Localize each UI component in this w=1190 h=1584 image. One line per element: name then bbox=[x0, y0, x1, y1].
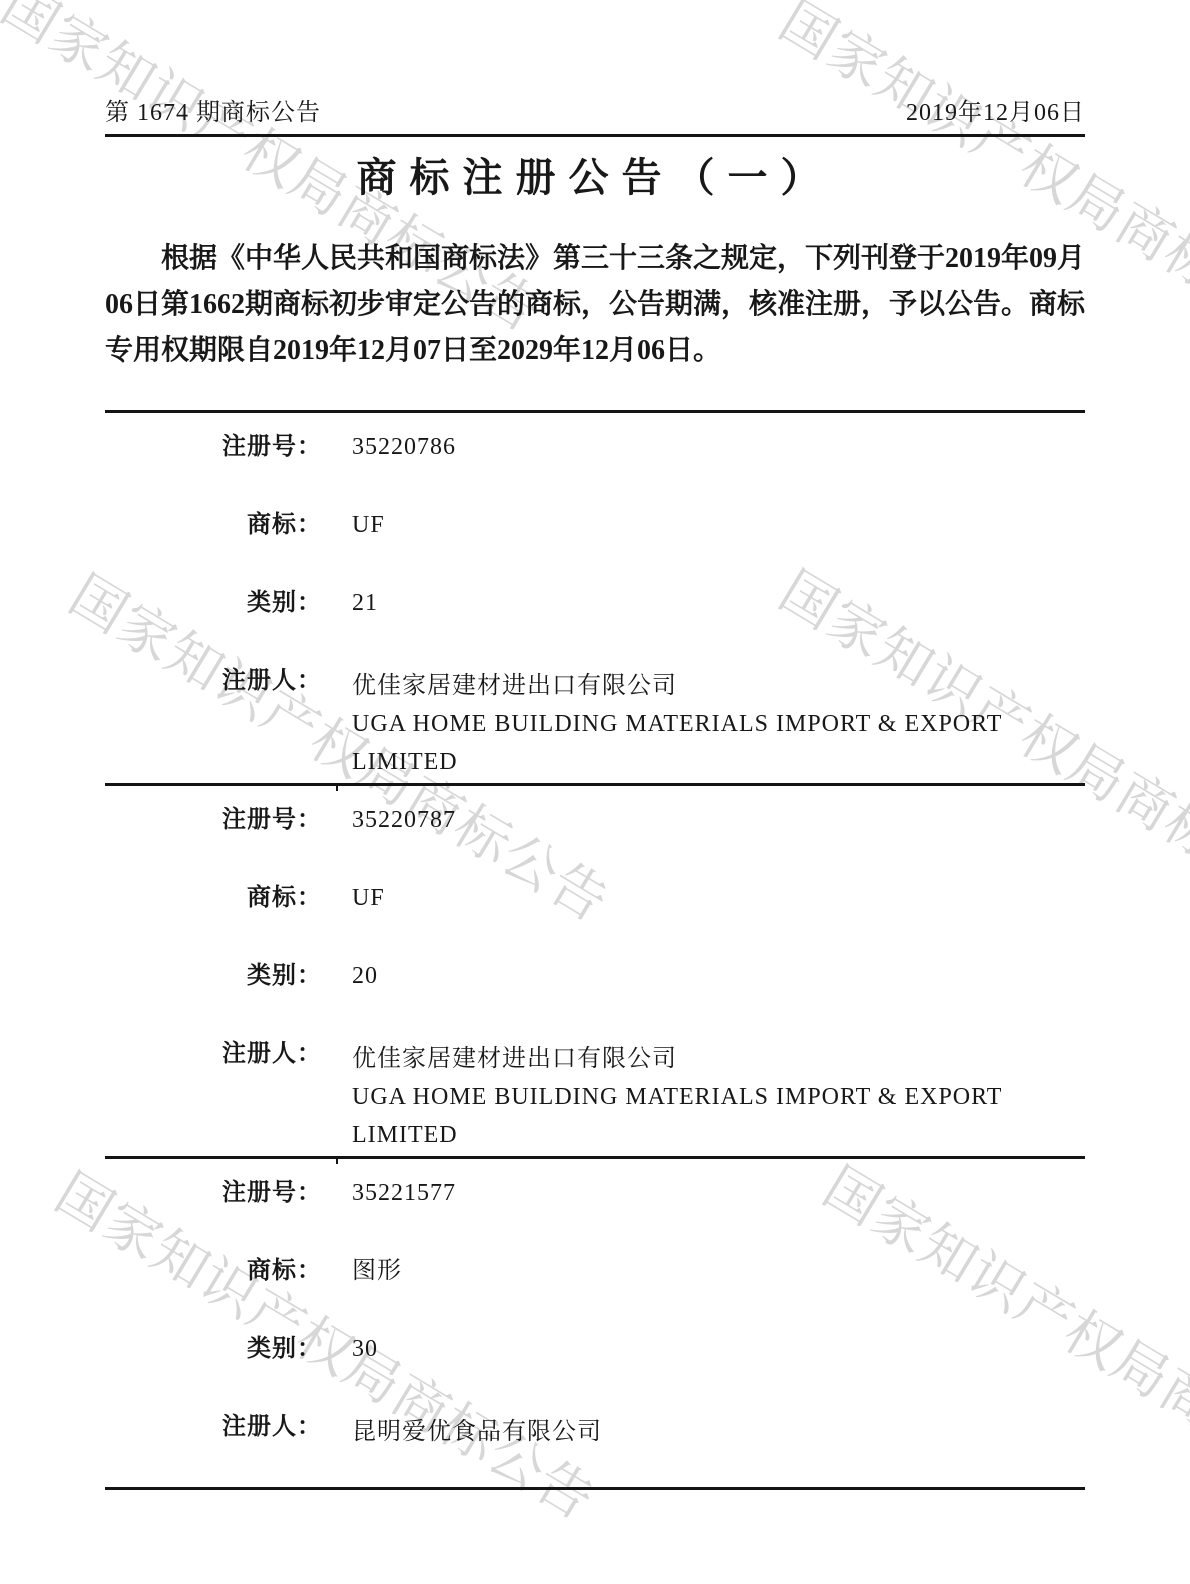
field-label: 商标： bbox=[105, 884, 322, 912]
record-row: 注册人：优佳家居建材进出口有限公司UGA HOME BUILDING MATER… bbox=[105, 1040, 1085, 1156]
record-row: 注册号：35220787 bbox=[105, 806, 1085, 884]
record-separator bbox=[105, 783, 1085, 786]
record-row: 类别：21 bbox=[105, 589, 1085, 667]
record-row: 商标：UF bbox=[105, 511, 1085, 589]
registration-records: 注册号：35220786商标：UF类别：21注册人：优佳家居建材进出口有限公司U… bbox=[105, 410, 1085, 1490]
record: 注册号：35220786商标：UF类别：21注册人：优佳家居建材进出口有限公司U… bbox=[105, 413, 1085, 783]
registrant-line: 优佳家居建材进出口有限公司 bbox=[352, 1040, 1002, 1078]
record-row: 注册号：35220786 bbox=[105, 433, 1085, 511]
field-label: 注册号： bbox=[105, 806, 322, 834]
registrant-line: UGA HOME BUILDING MATERIALS IMPORT & EXP… bbox=[352, 705, 1002, 743]
registrant-line: LIMITED bbox=[352, 743, 1002, 781]
field-label: 类别： bbox=[105, 1335, 322, 1363]
record-row: 类别：30 bbox=[105, 1335, 1085, 1413]
record-row: 商标：图形 bbox=[105, 1257, 1085, 1335]
intro-paragraph: 根据《中华人民共和国商标法》第三十三条之规定，下列刊登于2019年09月06日第… bbox=[105, 236, 1085, 374]
record-separator bbox=[105, 1156, 1085, 1159]
field-value: 图形 bbox=[352, 1257, 402, 1285]
field-label: 类别： bbox=[105, 589, 322, 617]
page-title: 商标注册公告（一） bbox=[0, 146, 1190, 203]
registrant-value: 优佳家居建材进出口有限公司UGA HOME BUILDING MATERIALS… bbox=[352, 1040, 1002, 1154]
registrant-value: 昆明爱优食品有限公司 bbox=[352, 1413, 602, 1451]
field-label: 注册号： bbox=[105, 433, 322, 461]
record-row: 类别：20 bbox=[105, 962, 1085, 1040]
gazette-issue-number: 第 1674 期商标公告 bbox=[105, 92, 321, 127]
registrant-value: 优佳家居建材进出口有限公司UGA HOME BUILDING MATERIALS… bbox=[352, 667, 1002, 781]
field-label: 商标： bbox=[105, 1257, 322, 1285]
record-row: 注册人：优佳家居建材进出口有限公司UGA HOME BUILDING MATER… bbox=[105, 667, 1085, 783]
registrant-line: LIMITED bbox=[352, 1116, 1002, 1154]
trademark-gazette-page: 国家知识产权局商标公告 国家知识产权局商标公告 国家知识产权局商标公告 国家知识… bbox=[0, 0, 1190, 1584]
field-value: 20 bbox=[352, 962, 378, 990]
record-row: 商标：UF bbox=[105, 884, 1085, 962]
gazette-date: 2019年12月06日 bbox=[906, 92, 1085, 127]
record-row: 注册人：昆明爱优食品有限公司 bbox=[105, 1413, 1085, 1453]
registrant-line: 优佳家居建材进出口有限公司 bbox=[352, 667, 1002, 705]
field-value: 35220786 bbox=[352, 433, 456, 461]
field-label: 注册人： bbox=[105, 1040, 322, 1068]
field-label: 注册号： bbox=[105, 1179, 322, 1207]
field-label: 类别： bbox=[105, 962, 322, 990]
document-content: 第 1674 期商标公告 2019年12月06日 商标注册公告（一） 根据《中华… bbox=[0, 0, 1190, 1584]
field-label: 注册人： bbox=[105, 667, 322, 695]
record: 注册号：35220787商标：UF类别：20注册人：优佳家居建材进出口有限公司U… bbox=[105, 786, 1085, 1156]
field-label: 注册人： bbox=[105, 1413, 322, 1441]
field-value: 35220787 bbox=[352, 806, 456, 834]
registrant-line: 昆明爱优食品有限公司 bbox=[352, 1413, 602, 1451]
field-label: 商标： bbox=[105, 511, 322, 539]
field-value: 30 bbox=[352, 1335, 378, 1363]
field-value: 21 bbox=[352, 589, 378, 617]
registrant-line: UGA HOME BUILDING MATERIALS IMPORT & EXP… bbox=[352, 1078, 1002, 1116]
record-row: 注册号：35221577 bbox=[105, 1179, 1085, 1257]
field-value: 35221577 bbox=[352, 1179, 456, 1207]
header-rule bbox=[105, 134, 1085, 137]
record: 注册号：35221577商标：图形类别：30注册人：昆明爱优食品有限公司 bbox=[105, 1159, 1085, 1487]
field-value: UF bbox=[352, 511, 385, 539]
field-value: UF bbox=[352, 884, 385, 912]
